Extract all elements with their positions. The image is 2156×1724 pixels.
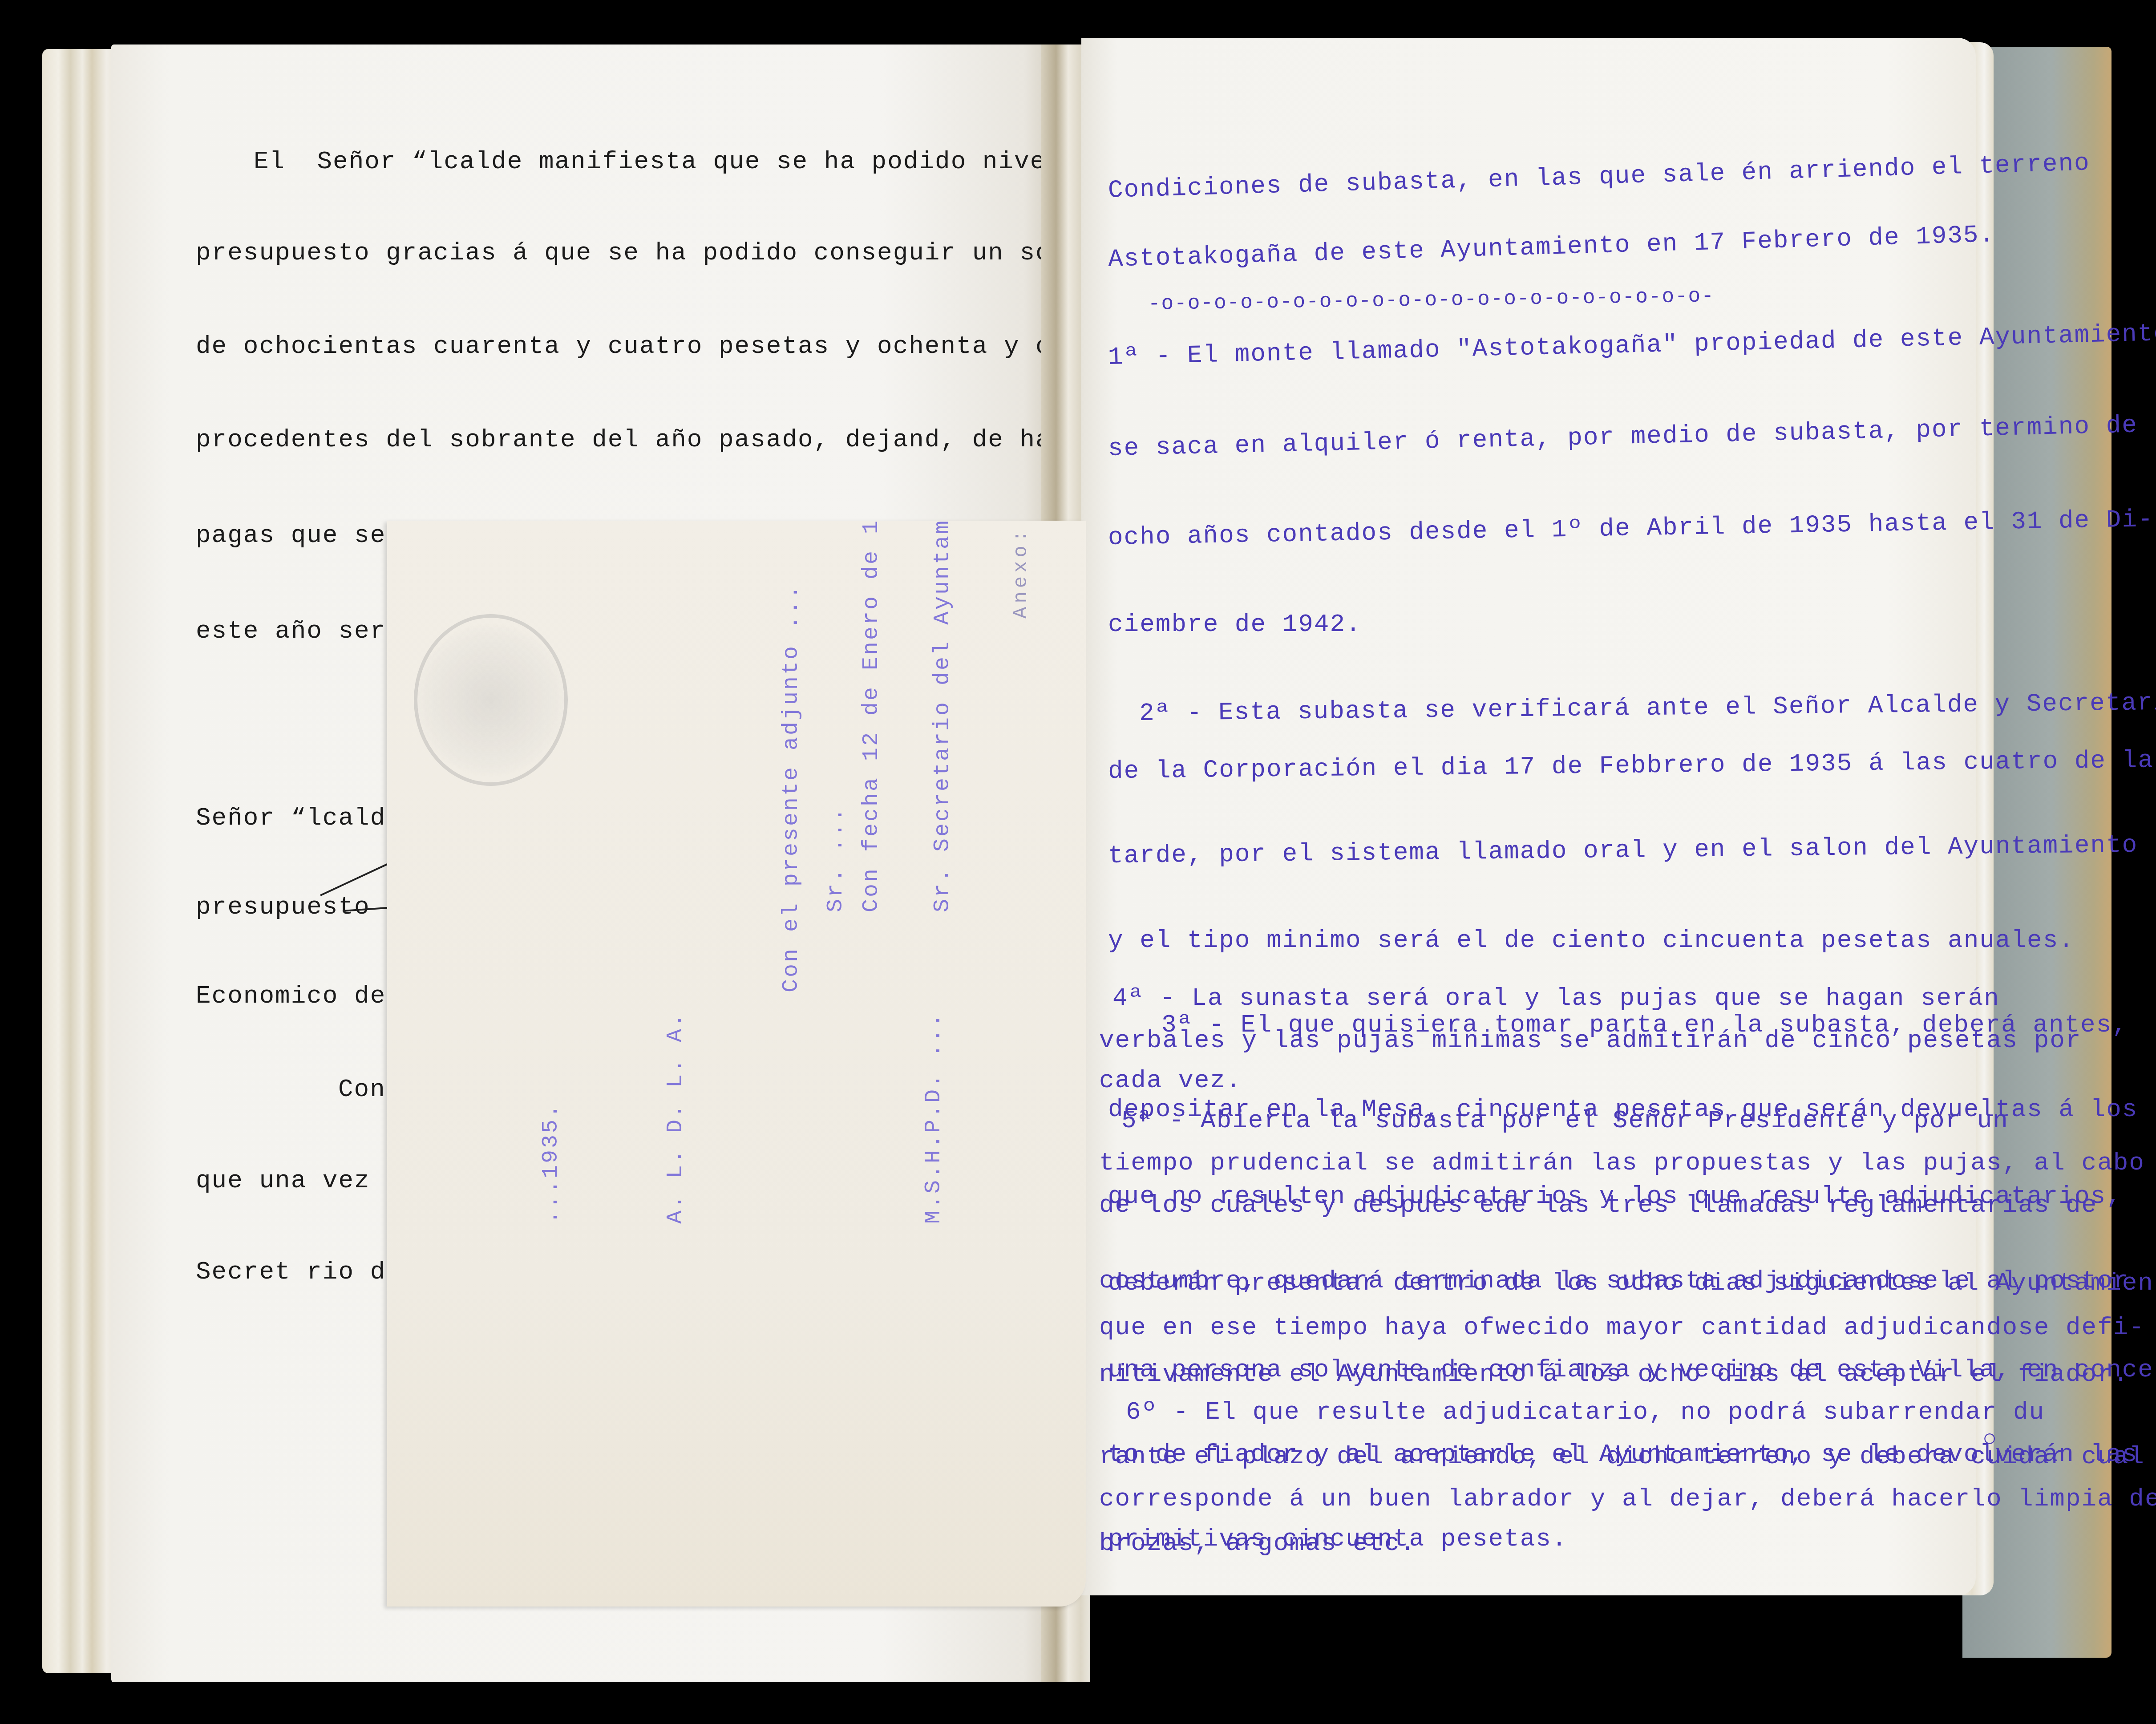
right-heading-line2: Astotakogaña de este Ayuntamiento en 17 … [1108, 222, 1995, 272]
slip-line: Sr. ... [823, 806, 849, 912]
open-book: El Señor “lcalde manifiesta que se ha po… [0, 0, 2156, 1724]
left-p1-line2: presupuesto gracias á que se ha podido c… [196, 240, 1146, 265]
slip-line: Con el presente adjunto ... [779, 584, 804, 992]
inserted-slip[interactable]: Anexo: 1 recibo 1 sobre Sr. Secretario d… [387, 521, 1086, 1607]
clause5-line2: tiempo prudencial se admitirán las propu… [1099, 1150, 2145, 1175]
margin-mark: ○ [1982, 1426, 1997, 1453]
slip-line: Con fecha 12 de Enero de 1935 [859, 521, 884, 912]
slip-mirrored-text: Anexo: 1 recibo 1 sobre Sr. Secretario d… [387, 521, 1086, 1607]
clause6-line1: 6º - El que resulte adjudicatario, no po… [1126, 1400, 2045, 1425]
left-page-stack-edge [42, 49, 122, 1673]
slip-line: M.S.H.P.D. ... [921, 1012, 947, 1224]
slip-anexo-label: Anexo: 1 recibo 1 sobre [1010, 521, 1032, 619]
clause5-line4: costumbre, quedará terminada la subasta … [1099, 1268, 2129, 1293]
left-p3-line3: Secret rio doy [196, 1259, 417, 1284]
clause4-line3: cada vez. [1099, 1068, 1242, 1093]
clause5-line6: nitivamente el Ayuntamiento á los ocho d… [1099, 1362, 2129, 1387]
clause5-line3: de los cuales y despues ede las tres lla… [1099, 1193, 2097, 1218]
right-heading-line1: Condiciones de subasta, en las que sale … [1108, 150, 2090, 203]
clause2-line4: y el tipo minimo será el de ciento cincu… [1108, 928, 2075, 953]
clause5-line5: que en ese tiempo haya ofwecido mayor ca… [1099, 1315, 2145, 1340]
right-separator: -o-o-o-o-o-o-o-o-o-o-o-o-o-o-o-o-o-o-o-o… [1148, 286, 1715, 314]
clause5-line1: 5ª - Abierta la subasta por el Señor Pre… [1121, 1108, 2009, 1133]
clause1-line4: ciembre de 1942. [1108, 612, 1362, 637]
signature-stroke [320, 862, 389, 896]
clause4-line2: verbales y las pujas minimas se admitirá… [1099, 1028, 2082, 1053]
clause6-line3: corresponde á un buen labrador y al deja… [1099, 1486, 2156, 1511]
clause6-line4: brozas, argomas etc. [1099, 1531, 1416, 1556]
slip-line: ...1935. [538, 1103, 564, 1224]
left-p1-line1: El Señor “lcalde manifiesta que se ha po… [254, 149, 1141, 174]
clause4-line1: 4ª - La sunasta será oral y las pujas qu… [1112, 986, 2000, 1011]
slip-line: Sr. Secretario del Ayuntamiento de [930, 521, 955, 912]
slip-signoff: A. L. D. L. A. [663, 1012, 688, 1224]
left-p3-line1: Con [338, 1077, 386, 1102]
